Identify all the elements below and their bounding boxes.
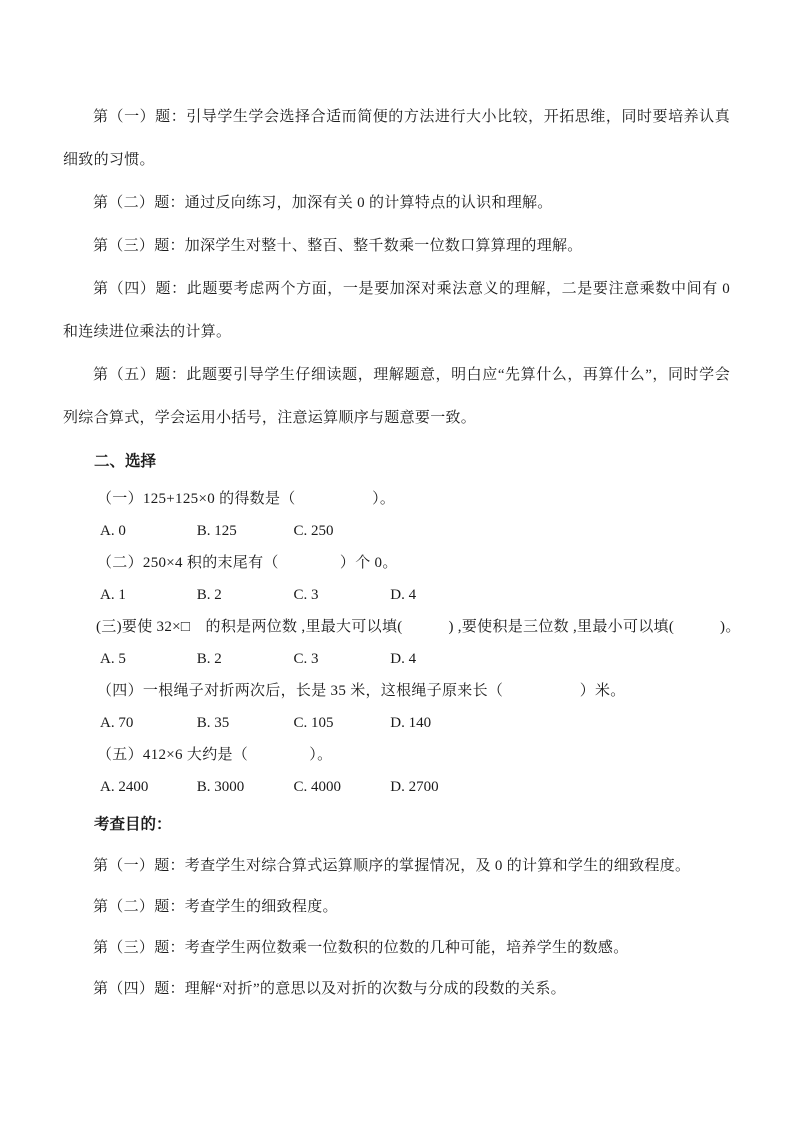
section-heading-choice: 二、选择 bbox=[63, 440, 730, 483]
option-item: A. 0 bbox=[100, 515, 193, 547]
option-item: D. 2700 bbox=[390, 771, 483, 803]
analysis-paragraph: 第（一）题：引导学生学会选择合适而简便的方法进行大小比较，开拓思维，同时要培养认… bbox=[63, 96, 730, 182]
option-item: A. 1 bbox=[100, 579, 193, 611]
option-item: D. 140 bbox=[390, 707, 483, 739]
option-item: B. 2 bbox=[197, 579, 290, 611]
purpose-paragraph: 第（四）题：理解“对折”的意思以及对折的次数与分成的段数的关系。 bbox=[63, 969, 730, 1010]
analysis-paragraph: 第（四）题：此题要考虑两个方面，一是要加深对乘法意义的理解，二是要注意乘数中间有… bbox=[63, 268, 730, 354]
question-text: (三)要使 32×□ 的积是两位数 ,里最大可以填( ) ,要使积是三位数 ,里… bbox=[63, 611, 730, 643]
purpose-paragraph: 第（一）题：考查学生对综合算式运算顺序的掌握情况，及 0 的计算和学生的细致程度… bbox=[63, 846, 730, 887]
analysis-paragraph: 第（五）题：此题要引导学生仔细读题，理解题意，明白应“先算什么，再算什么”，同时… bbox=[63, 354, 730, 440]
question-text: （五）412×6 大约是（ ）。 bbox=[63, 739, 730, 771]
option-item: D. 4 bbox=[390, 579, 483, 611]
purpose-paragraph: 第（二）题：考查学生的细致程度。 bbox=[63, 887, 730, 928]
option-item: A. 2400 bbox=[100, 771, 193, 803]
option-item: C. 3 bbox=[294, 579, 387, 611]
analysis-paragraph: 第（三）题：加深学生对整十、整百、整千数乘一位数口算算理的理解。 bbox=[63, 225, 730, 268]
purpose-paragraph: 第（三）题：考查学生两位数乘一位数积的位数的几种可能，培养学生的数感。 bbox=[63, 928, 730, 969]
option-item: A. 70 bbox=[100, 707, 193, 739]
choice-section: （一）125+125×0 的得数是（ ）。 A. 0 B. 125 C. 250… bbox=[63, 483, 730, 803]
option-item: C. 3 bbox=[294, 643, 387, 675]
analysis-paragraph: 第（二）题：通过反向练习，加深有关 0 的计算特点的认识和理解。 bbox=[63, 182, 730, 225]
section-heading-purpose: 考查目的： bbox=[63, 803, 730, 846]
question-text: （二）250×4 积的末尾有（ ）个 0。 bbox=[63, 547, 730, 579]
option-row: A. 1 B. 2 C. 3 D. 4 bbox=[63, 579, 730, 611]
option-row: A. 5 B. 2 C. 3 D. 4 bbox=[63, 643, 730, 675]
question-text: （四）一根绳子对折两次后，长是 35 米，这根绳子原来长（ ）米。 bbox=[63, 675, 730, 707]
question-text: （一）125+125×0 的得数是（ ）。 bbox=[63, 483, 730, 515]
document-page: 第（一）题：引导学生学会选择合适而简便的方法进行大小比较，开拓思维，同时要培养认… bbox=[0, 0, 793, 1122]
option-item: B. 2 bbox=[197, 643, 290, 675]
option-row: A. 70 B. 35 C. 105 D. 140 bbox=[63, 707, 730, 739]
option-item: D. 4 bbox=[390, 643, 483, 675]
option-item: C. 105 bbox=[294, 707, 387, 739]
option-row: A. 0 B. 125 C. 250 bbox=[63, 515, 730, 547]
option-item: C. 250 bbox=[294, 515, 387, 547]
option-item: B. 3000 bbox=[197, 771, 290, 803]
analysis-section: 第（一）题：引导学生学会选择合适而简便的方法进行大小比较，开拓思维，同时要培养认… bbox=[63, 96, 730, 440]
option-item: C. 4000 bbox=[294, 771, 387, 803]
option-item: A. 5 bbox=[100, 643, 193, 675]
purpose-section: 第（一）题：考查学生对综合算式运算顺序的掌握情况，及 0 的计算和学生的细致程度… bbox=[63, 846, 730, 1010]
option-row: A. 2400 B. 3000 C. 4000 D. 2700 bbox=[63, 771, 730, 803]
option-item: B. 35 bbox=[197, 707, 290, 739]
option-item: B. 125 bbox=[197, 515, 290, 547]
